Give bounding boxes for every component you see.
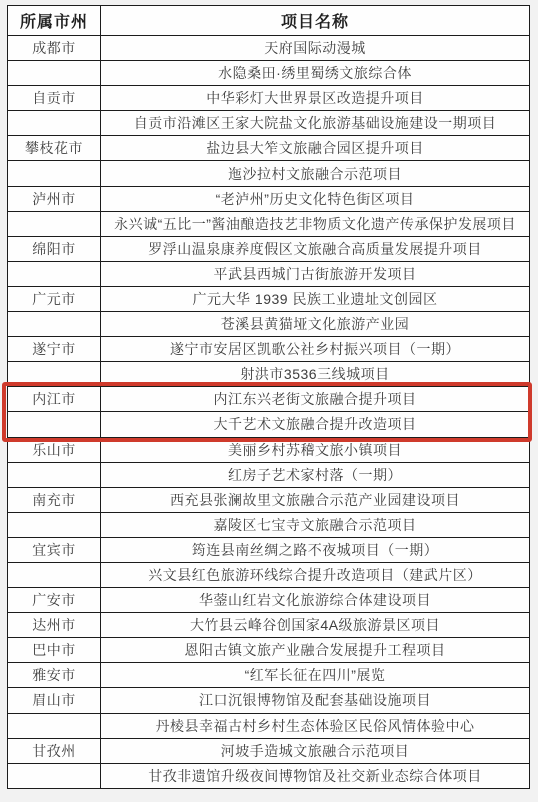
table-header: 所属市州 项目名称 xyxy=(8,6,530,36)
table-row: 遂宁市遂宁市安居区凯歌公社乡村振兴项目（一期） xyxy=(8,337,530,362)
table-row: 迤沙拉村文旅融合示范项目 xyxy=(8,161,530,186)
table-row: 平武县西城门古街旅游开发项目 xyxy=(8,261,530,286)
city-cell xyxy=(8,211,101,236)
table-row: 自贡市沿滩区王家大院盐文化旅游基础设施建设一期项目 xyxy=(8,111,530,136)
project-cell: 美丽乡村苏稽文旅小镇项目 xyxy=(101,437,530,462)
column-header-city: 所属市州 xyxy=(8,6,101,36)
city-cell xyxy=(8,512,101,537)
project-cell: 筠连县南丝绸之路不夜城项目（一期） xyxy=(101,537,530,562)
table-row: 永兴诚“五比一”酱油酿造技艺非物质文化遗产传承保护发展项目 xyxy=(8,211,530,236)
project-cell: 天府国际动漫城 xyxy=(101,36,530,61)
project-cell: 遂宁市安居区凯歌公社乡村振兴项目（一期） xyxy=(101,337,530,362)
city-cell xyxy=(8,763,101,788)
city-cell xyxy=(8,412,101,437)
project-cell: 恩阳古镇文旅产业融合发展提升工程项目 xyxy=(101,638,530,663)
table-row: 自贡市中华彩灯大世界景区改造提升项目 xyxy=(8,86,530,111)
project-cell: 红房子艺术家村落（一期） xyxy=(101,462,530,487)
table-row: 达州市大竹县云峰谷创国家4A级旅游景区项目 xyxy=(8,613,530,638)
project-cell: 射洪市3536三线城项目 xyxy=(101,362,530,387)
city-cell: 攀枝花市 xyxy=(8,136,101,161)
city-cell xyxy=(8,161,101,186)
project-cell: 迤沙拉村文旅融合示范项目 xyxy=(101,161,530,186)
project-cell: 广元大华 1939 民族工业遗址文创园区 xyxy=(101,286,530,311)
project-cell: 平武县西城门古街旅游开发项目 xyxy=(101,261,530,286)
table-row: 巴中市恩阳古镇文旅产业融合发展提升工程项目 xyxy=(8,638,530,663)
table-row: 水隐桑田·绣里蜀绣文旅综合体 xyxy=(8,61,530,86)
table-row: 甘孜非遗馆升级夜间博物馆及社交新业态综合体项目 xyxy=(8,763,530,788)
project-cell: 丹棱县幸福古村乡村生态体验区民俗风情体验中心 xyxy=(101,713,530,738)
table-row: 成都市天府国际动漫城 xyxy=(8,36,530,61)
table-row: 宜宾市筠连县南丝绸之路不夜城项目（一期） xyxy=(8,537,530,562)
project-cell: 江口沉银博物馆及配套基础设施项目 xyxy=(101,688,530,713)
city-cell xyxy=(8,462,101,487)
table-row: 嘉陵区七宝寺文旅融合示范项目 xyxy=(8,512,530,537)
project-cell: 永兴诚“五比一”酱油酿造技艺非物质文化遗产传承保护发展项目 xyxy=(101,211,530,236)
table-row: 大千艺术文旅融合提升改造项目 xyxy=(8,412,530,437)
project-table: 所属市州 项目名称 成都市天府国际动漫城水隐桑田·绣里蜀绣文旅综合体自贡市中华彩… xyxy=(7,5,530,789)
table-row: 攀枝花市盐边县大笮文旅融合园区提升项目 xyxy=(8,136,530,161)
project-cell: 自贡市沿滩区王家大院盐文化旅游基础设施建设一期项目 xyxy=(101,111,530,136)
table-row: 红房子艺术家村落（一期） xyxy=(8,462,530,487)
table-row: 乐山市美丽乡村苏稽文旅小镇项目 xyxy=(8,437,530,462)
project-cell: 大千艺术文旅融合提升改造项目 xyxy=(101,412,530,437)
city-cell: 广安市 xyxy=(8,588,101,613)
city-cell: 遂宁市 xyxy=(8,337,101,362)
table-row: 绵阳市罗浮山温泉康养度假区文旅融合高质量发展提升项目 xyxy=(8,236,530,261)
project-cell: 水隐桑田·绣里蜀绣文旅综合体 xyxy=(101,61,530,86)
city-cell: 泸州市 xyxy=(8,186,101,211)
table-row: 丹棱县幸福古村乡村生态体验区民俗风情体验中心 xyxy=(8,713,530,738)
city-cell: 巴中市 xyxy=(8,638,101,663)
table-row: 内江市内江东兴老街文旅融合提升项目 xyxy=(8,387,530,412)
city-cell xyxy=(8,61,101,86)
city-cell: 雅安市 xyxy=(8,663,101,688)
header-row: 所属市州 项目名称 xyxy=(8,6,530,36)
table-body: 成都市天府国际动漫城水隐桑田·绣里蜀绣文旅综合体自贡市中华彩灯大世界景区改造提升… xyxy=(8,36,530,789)
table-row: 苍溪县黄猫垭文化旅游产业园 xyxy=(8,312,530,337)
city-cell xyxy=(8,362,101,387)
table-row: 射洪市3536三线城项目 xyxy=(8,362,530,387)
table-row: 甘孜州河坡手造城文旅融合示范项目 xyxy=(8,738,530,763)
table-row: 广安市华蓥山红岩文化旅游综合体建设项目 xyxy=(8,588,530,613)
city-cell: 自贡市 xyxy=(8,86,101,111)
city-cell: 甘孜州 xyxy=(8,738,101,763)
city-cell: 广元市 xyxy=(8,286,101,311)
project-cell: “红军长征在四川”展览 xyxy=(101,663,530,688)
city-cell: 成都市 xyxy=(8,36,101,61)
project-cell: 嘉陵区七宝寺文旅融合示范项目 xyxy=(101,512,530,537)
table-row: 南充市西充县张澜故里文旅融合示范产业园建设项目 xyxy=(8,487,530,512)
project-cell: 甘孜非遗馆升级夜间博物馆及社交新业态综合体项目 xyxy=(101,763,530,788)
table-row: 兴文县红色旅游环线综合提升改造项目（建武片区） xyxy=(8,562,530,587)
city-cell xyxy=(8,713,101,738)
city-cell xyxy=(8,261,101,286)
project-cell: 华蓥山红岩文化旅游综合体建设项目 xyxy=(101,588,530,613)
table-row: 泸州市“老泸州”历史文化特色街区项目 xyxy=(8,186,530,211)
city-cell: 乐山市 xyxy=(8,437,101,462)
city-cell: 南充市 xyxy=(8,487,101,512)
city-cell: 内江市 xyxy=(8,387,101,412)
table-row: 广元市广元大华 1939 民族工业遗址文创园区 xyxy=(8,286,530,311)
project-cell: 兴文县红色旅游环线综合提升改造项目（建武片区） xyxy=(101,562,530,587)
city-cell xyxy=(8,111,101,136)
project-cell: 河坡手造城文旅融合示范项目 xyxy=(101,738,530,763)
project-cell: 罗浮山温泉康养度假区文旅融合高质量发展提升项目 xyxy=(101,236,530,261)
column-header-project: 项目名称 xyxy=(101,6,530,36)
city-cell: 绵阳市 xyxy=(8,236,101,261)
project-cell: 大竹县云峰谷创国家4A级旅游景区项目 xyxy=(101,613,530,638)
project-cell: 苍溪县黄猫垭文化旅游产业园 xyxy=(101,312,530,337)
table-row: 雅安市“红军长征在四川”展览 xyxy=(8,663,530,688)
project-cell: 西充县张澜故里文旅融合示范产业园建设项目 xyxy=(101,487,530,512)
city-cell xyxy=(8,562,101,587)
project-cell: 内江东兴老街文旅融合提升项目 xyxy=(101,387,530,412)
project-cell: “老泸州”历史文化特色街区项目 xyxy=(101,186,530,211)
table-row: 眉山市江口沉银博物馆及配套基础设施项目 xyxy=(8,688,530,713)
project-cell: 盐边县大笮文旅融合园区提升项目 xyxy=(101,136,530,161)
project-cell: 中华彩灯大世界景区改造提升项目 xyxy=(101,86,530,111)
city-cell xyxy=(8,312,101,337)
stage: 所属市州 项目名称 成都市天府国际动漫城水隐桑田·绣里蜀绣文旅综合体自贡市中华彩… xyxy=(0,0,538,802)
city-cell: 宜宾市 xyxy=(8,537,101,562)
city-cell: 达州市 xyxy=(8,613,101,638)
city-cell: 眉山市 xyxy=(8,688,101,713)
